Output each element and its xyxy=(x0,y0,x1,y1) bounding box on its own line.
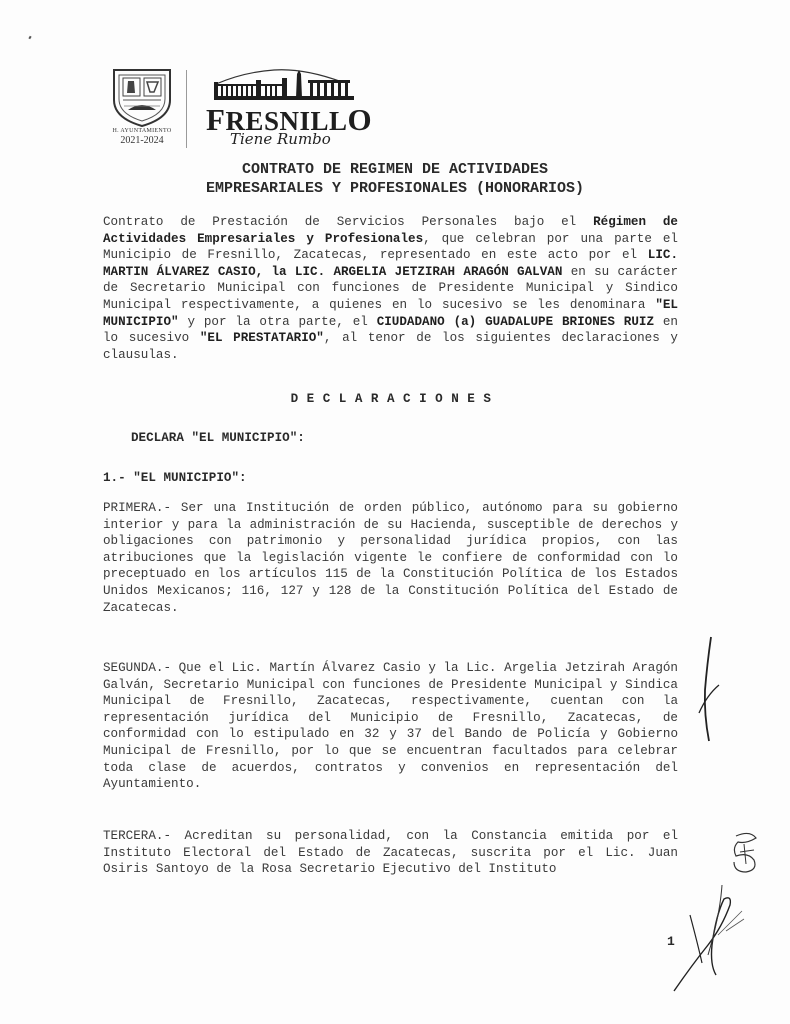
letterhead: H. AYUNTAMIENTO 2021-2024 xyxy=(108,66,368,154)
scan-speck xyxy=(28,36,31,40)
signature-icon xyxy=(695,635,725,745)
declarations-heading: DECLARACIONES xyxy=(100,392,690,406)
bold-text: CIUDADANO (a) GUADALUPE BRIONES RUIZ xyxy=(377,315,654,329)
signature-icon xyxy=(672,885,752,995)
administration-years: 2021-2024 xyxy=(104,135,180,146)
seal-caption: H. AYUNTAMIENTO 2021-2024 xyxy=(104,128,180,146)
brand-tagline: Tiene Rumbo xyxy=(230,130,331,148)
intro-paragraph: Contrato de Prestación de Servicios Pers… xyxy=(103,214,678,363)
initials-icon xyxy=(728,830,764,876)
clause-tercera: TERCERA.- Acreditan su personalidad, con… xyxy=(103,828,678,878)
text-segment: Contrato de Prestación de Servicios Pers… xyxy=(103,215,593,229)
bold-text: "EL PRESTATARIO" xyxy=(200,331,324,345)
fresnillo-brand: FRESNILLO Tiene Rumbo xyxy=(204,66,370,154)
document-page: H. AYUNTAMIENTO 2021-2024 xyxy=(0,0,790,1024)
clause-segunda: SEGUNDA.- Que el Lic. Martín Álvarez Cas… xyxy=(103,660,678,793)
header-divider xyxy=(186,70,187,148)
declara-heading: DECLARA "EL MUNICIPIO": xyxy=(131,431,305,445)
skyline-logo-icon xyxy=(204,66,364,106)
text-segment: y por la otra parte, el xyxy=(179,315,377,329)
section-number: 1.- "EL MUNICIPIO": xyxy=(103,471,247,485)
clause-primera: PRIMERA.- Ser una Institución de orden p… xyxy=(103,500,678,616)
document-title: CONTRATO DE REGIMEN DE ACTIVIDADES EMPRE… xyxy=(100,160,690,198)
